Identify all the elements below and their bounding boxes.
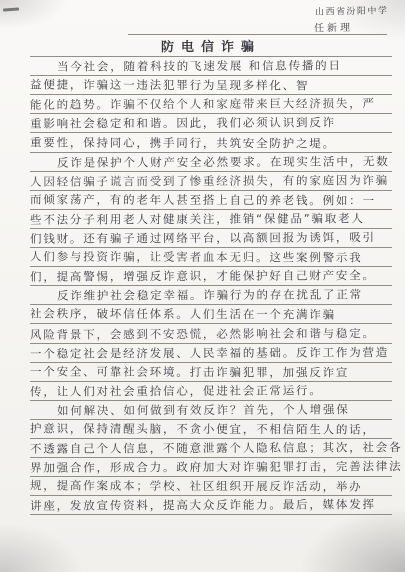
essay-line: 当今社会，随着科技的飞速发展 和信息传播的日 <box>30 57 392 76</box>
essay-line-text: 人们参与投资诈骗，让受害者血本无归。这些案例警示我 <box>30 249 363 266</box>
essay-line-text: 能化的趋势。诈骗不仅给个人和家庭带来巨大经济损失，严 <box>30 96 376 114</box>
essay-line: 一个安全、可靠社会环境。打击诈骗犯罪，加强反诈宣 <box>30 363 392 382</box>
essay-line: 人因轻信骗子谎言而受到了惨重经济损失，有的家庭因为诈骗 <box>30 172 392 191</box>
essay-line: 传，让人们对社会重拾信心，促进社会正常运行。 <box>30 382 392 401</box>
essay-line-text: 规，提高作案成本；学校、社区组织开展反诈活动，举办 <box>30 478 363 495</box>
essay-line-text: 讲座，发放宣传资料，提高大众反诈能力。最后，媒体发挥 <box>30 497 376 515</box>
essay-line: 重要性，保持同心，携手同行，共筑安全防护之堤。 <box>30 133 392 152</box>
header-school-name: 山西省汾阳中学 <box>315 3 389 17</box>
essay-line-text: 益便捷，诈骗这一违法犯罪行为呈现多样化、智 <box>30 77 309 94</box>
essay-line: 一个稳定社会是经济发展、人民幸福的基础。反诈工作为营造 <box>30 344 392 363</box>
essay-line-text: 不透露自己个人信息，不随意泄露个人隐私信息；其次，社会各 <box>30 439 402 457</box>
essay-line: 些不法分子利用老人对健康关注，推销“保健品”骗取老人 <box>30 210 392 229</box>
essay-line: 风险背景下，会感到不安恐慌，必然影响社会和谐与稳定。 <box>30 324 392 343</box>
essay-line-text: 界加强合作，形成合力。政府加大对诈骗犯罪打击，完善法律法 <box>30 458 402 476</box>
essay-line-text: 人因轻信骗子谎言而受到了惨重经济损失，有的家庭因为诈骗 <box>30 172 389 190</box>
essay-line: 重影响社会稳定和和谐。因此，我们必须认识到反诈 <box>30 114 392 133</box>
essay-line-text: 些不法分子利用老人对健康关注，推销“保健品”骗取老人 <box>30 210 365 227</box>
essay-line-text: 反诈是保护个人财产安全必然要求。在现实生活中，无数 <box>57 153 390 170</box>
essay-line: 讲座，发放宣传资料，提高大众反诈能力。最后，媒体发挥 <box>30 496 392 515</box>
essay-line: 能化的趋势。诈骗不仅给个人和家庭带来巨大经济损失，严 <box>30 95 392 114</box>
essay-line: 反诈维护社会稳定幸福。诈骗行为的存在扰乱了正常 <box>30 286 392 305</box>
essay-line-text: 如何解决、如何做到有效反诈？首先，个人增强保 <box>57 401 350 418</box>
essay-line-text: 风险背景下，会感到不安恐慌，必然影响社会和谐与稳定。 <box>30 325 376 343</box>
essay-line-text: 重要性，保持同心，携手同行，共筑安全防护之堤。 <box>30 134 336 151</box>
essay-line-text: 一个稳定社会是经济发展、人民幸福的基础。反诈工作为营造 <box>30 344 389 362</box>
essay-line: 们，提高警惕，增强反诈意识，才能保护好自己财产安全。 <box>30 267 392 286</box>
essay-line: 社会秩序，破坏信任体系。人们生活在一个充满诈骗 <box>30 305 392 324</box>
essay-line-text: 们，提高警惕，增强反诈意识，才能保护好自己财产安全。 <box>30 267 376 285</box>
essay-line: 规，提高作案成本；学校、社区组织开展反诈活动，举办 <box>30 477 392 496</box>
essay-line: 护意识，保持清醒头脑，不贪小便宜，不相信陌生人的话， <box>30 420 392 439</box>
essay-line-text: 而倾家荡产，有的老年人甚至搭上自己的养老钱。例如：一 <box>30 191 376 208</box>
essay-line: 而倾家荡产，有的老年人甚至搭上自己的养老钱。例如：一 <box>30 191 392 210</box>
essay-line-text: 一个安全、可靠社会环境。打击诈骗犯罪，加强反诈宣 <box>30 363 349 380</box>
essay-title-row: 防电信诈骗 <box>30 38 392 57</box>
essay-line-text: 传，让人们对社会重拾信心，促进社会正常运行。 <box>30 382 323 399</box>
essay-title: 防电信诈骗 <box>161 36 261 55</box>
essay-body: 防电信诈骗 当今社会，随着科技的飞速发展 和信息传播的日益便捷，诈骗这一违法犯罪… <box>30 38 392 515</box>
essay-line-text: 社会秩序，破坏信任体系。人们生活在一个充满诈骗 <box>30 306 336 323</box>
pen-smudge-mark <box>3 7 19 11</box>
essay-line: 如何解决、如何做到有效反诈？首先，个人增强保 <box>30 401 392 420</box>
essay-line-text: 重影响社会稳定和和谐。因此，我们必须认识到反诈 <box>30 115 336 132</box>
essay-line: 们钱财。还有骗子通过网络平台，以高额回报为诱饵，吸引 <box>30 229 392 248</box>
essay-line: 人们参与投资诈骗，让受害者血本无归。这些案例警示我 <box>30 248 392 267</box>
essay-line: 益便捷，诈骗这一违法犯罪行为呈现多样化、智 <box>30 76 392 95</box>
essay-line-text: 反诈维护社会稳定幸福。诈骗行为的存在扰乱了正常 <box>57 287 363 304</box>
essay-line-text: 护意识，保持清醒头脑，不贪小便宜，不相信陌生人的话， <box>30 420 376 437</box>
essay-line: 不透露自己个人信息，不随意泄露个人隐私信息；其次，社会各 <box>30 439 392 458</box>
handwritten-essay-page: 山西省汾阳中学 任新理 防电信诈骗 当今社会，随着科技的飞速发展 和信息传播的日… <box>0 0 405 572</box>
header-author-name: 任新理 <box>314 19 353 35</box>
essay-line: 界加强合作，形成合力。政府加大对诈骗犯罪打击，完善法律法 <box>30 458 392 477</box>
essay-line: 反诈是保护个人财产安全必然要求。在现实生活中，无数 <box>30 153 392 172</box>
essay-line-text: 们钱财。还有骗子通过网络平台，以高额回报为诱饵，吸引 <box>30 229 376 247</box>
essay-line-text: 当今社会，随着科技的飞速发展 和信息传播的日 <box>57 58 342 75</box>
